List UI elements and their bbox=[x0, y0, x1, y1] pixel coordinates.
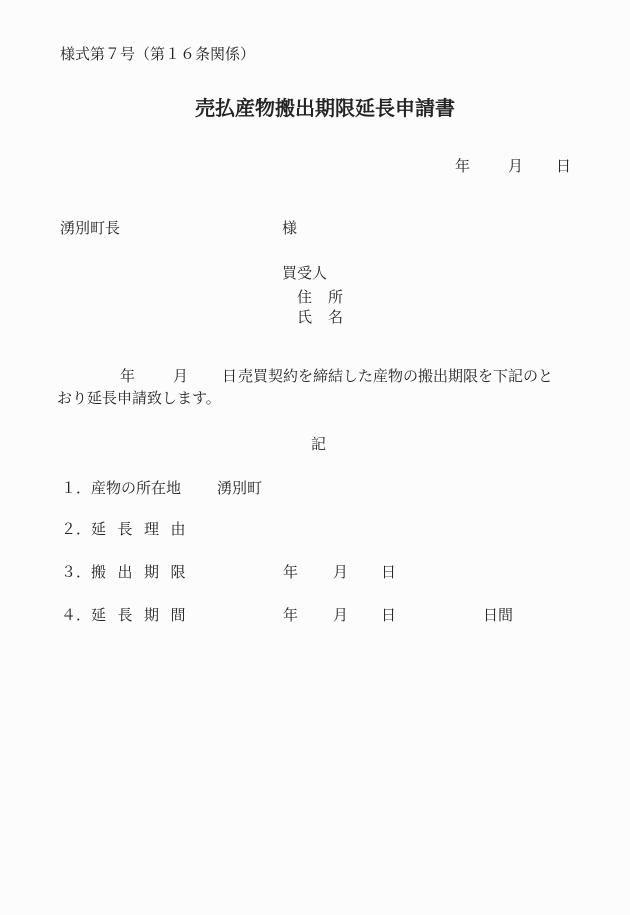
applicant-role-label: 買受人 bbox=[282, 266, 327, 283]
item-2-label: 延長理由 bbox=[91, 522, 197, 538]
item-4-day-label: 日 bbox=[381, 608, 396, 625]
item-1-label: 産物の所在地 bbox=[91, 481, 181, 497]
form-document-page: 様式第７号（第１６条関係） 売払産物搬出期限延長申請書 年 月 日 湧別町長 様… bbox=[0, 0, 630, 915]
item-4-month-label: 月 bbox=[333, 608, 348, 625]
body-month-label: 月 bbox=[173, 369, 188, 386]
addressee-honorific: 様 bbox=[282, 221, 297, 238]
body-day-label: 日 bbox=[222, 369, 237, 386]
form-number: 様式第７号（第１６条関係） bbox=[60, 47, 255, 64]
item-4-number: ４． bbox=[61, 608, 91, 624]
item-3-label: 搬出期限 bbox=[91, 565, 197, 581]
item-row-1: １．産物の所在地 bbox=[61, 481, 181, 498]
item-row-4: ４．延長期間 bbox=[61, 608, 197, 625]
body-line2-text: おり延長申請致します。 bbox=[57, 391, 221, 408]
item-1-number: １． bbox=[61, 481, 91, 497]
item-2-number: ２． bbox=[61, 522, 91, 538]
date-day-label: 日 bbox=[556, 159, 571, 176]
item-4-year-label: 年 bbox=[283, 608, 298, 625]
body-year-label: 年 bbox=[120, 369, 135, 386]
item-4-label: 延長期間 bbox=[91, 608, 197, 624]
addressee-name: 湧別町長 bbox=[60, 221, 120, 238]
list-header: 記 bbox=[311, 437, 326, 454]
document-title: 売払産物搬出期限延長申請書 bbox=[195, 98, 455, 121]
item-3-day-label: 日 bbox=[381, 565, 396, 582]
date-month-label: 月 bbox=[508, 159, 523, 176]
item-row-3: ３．搬出期限 bbox=[61, 565, 197, 582]
item-3-month-label: 月 bbox=[333, 565, 348, 582]
item-row-2: ２．延長理由 bbox=[61, 522, 197, 539]
item-1-value: 湧別町 bbox=[217, 481, 262, 498]
body-line1-text: 売買契約を締結した産物の搬出期限を下記のと bbox=[238, 369, 553, 386]
date-year-label: 年 bbox=[455, 159, 470, 176]
item-3-year-label: 年 bbox=[283, 565, 298, 582]
applicant-name-label: 氏名 bbox=[297, 310, 359, 327]
applicant-address-label: 住所 bbox=[297, 290, 359, 307]
item-3-number: ３． bbox=[61, 565, 91, 581]
item-4-duration-label: 日間 bbox=[483, 608, 513, 625]
